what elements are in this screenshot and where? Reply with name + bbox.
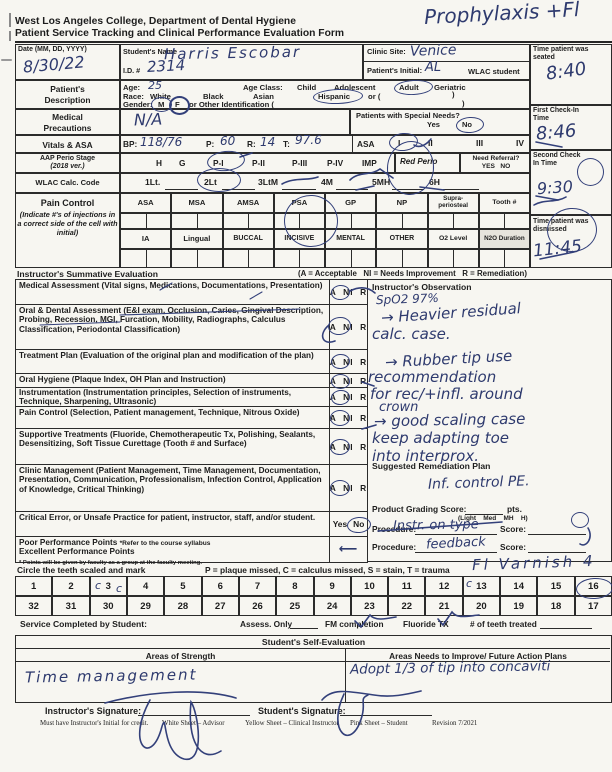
race-hispanic: Hispanic xyxy=(318,92,350,101)
instructor-signature-loops xyxy=(140,700,221,759)
red-perio-label: Red Perio xyxy=(400,157,437,166)
obs-hw-5: recommendation xyxy=(368,370,496,385)
tooth-cell: 18 xyxy=(537,596,574,616)
age-class-geriatric: Geriatric xyxy=(434,83,466,92)
score2-label: Score: xyxy=(500,542,526,552)
rating-text: A NI R xyxy=(330,357,367,367)
special-needs-yes: Yes xyxy=(427,120,440,129)
obs-hw-1: SpO2 97% xyxy=(376,292,439,306)
pain-label: Pain Control (Indicate #'s of injections… xyxy=(17,198,118,237)
calc-label: WLAC Calc. Code xyxy=(15,178,120,187)
tooth-cell: 26 xyxy=(239,596,276,616)
perio-p3: P-III xyxy=(292,158,307,168)
score1-label: Score: xyxy=(500,524,526,534)
perio-label: AAP Perio Stage (2018 ver.) xyxy=(15,155,120,172)
pain-mental: MENTAL xyxy=(325,229,376,249)
medical-label: Medical Precautions xyxy=(15,112,120,133)
pain-np: NP xyxy=(376,193,427,213)
perio-p4: P-IV xyxy=(327,158,343,168)
critical-no: No xyxy=(353,519,364,529)
teeth-hw-note: Fl Varnish 4 xyxy=(472,554,596,573)
p-value: 60 xyxy=(220,135,235,147)
footer-revision: Revision 7/2021 xyxy=(432,720,477,727)
pain-entry-cell xyxy=(479,213,530,229)
scanned-evaluation-form: { "header": { "line1": "West Los Angeles… xyxy=(0,0,612,772)
second-checkin-label: Second Check In Time xyxy=(533,152,588,168)
r-label: R: xyxy=(247,139,256,149)
pain-msa: MSA xyxy=(171,193,222,213)
calc-blank xyxy=(282,188,316,190)
tooth-cell: 28 xyxy=(164,596,201,616)
asa-label: ASA xyxy=(357,139,375,149)
handwritten-service-type: Prophylaxis +Fl xyxy=(424,0,580,27)
tooth-cell: 4 xyxy=(127,576,164,596)
asa-II: II xyxy=(428,138,433,148)
t-label: T: xyxy=(283,139,290,149)
clinic-site-value: Venice xyxy=(410,43,457,59)
form-title-line2: Patient Service Tracking and Clinical Pe… xyxy=(15,28,344,39)
tooth-cell: 1 xyxy=(15,576,52,596)
age-class-label: Age Class: xyxy=(243,83,283,92)
summative-row-critical: Critical Error, or Unsafe Practice for p… xyxy=(16,512,367,537)
grading-label: Product Grading Score: xyxy=(372,504,466,514)
summative-key: (A = Acceptable NI = Needs Improvement R… xyxy=(298,269,527,278)
calc-3ltm: 3LtM xyxy=(258,177,278,187)
age-value: 25 xyxy=(148,80,162,91)
points-line1b: *Refer to the course syllabus xyxy=(120,540,211,547)
rating-text: A NI R xyxy=(330,483,367,493)
tooth-cell: 27 xyxy=(202,596,239,616)
t-value: 97.6 xyxy=(295,134,322,146)
form-title-line1: West Los Angeles College, Department of … xyxy=(15,16,296,27)
summative-row-points: Poor Performance Points *Refer to the co… xyxy=(16,537,367,563)
tooth-cell: 31 xyxy=(52,596,89,616)
points-line2: Excellent Performance Points xyxy=(19,547,135,556)
wlac-student-label: WLAC student xyxy=(468,67,520,76)
service-teeth-blank xyxy=(540,627,592,629)
special-needs-label: Patients with Special Needs? xyxy=(356,111,460,120)
teeth-row-upper: 1 2 3 4 5 6 7 8 9 10 11 12 13 14 15 16 xyxy=(15,576,612,596)
age-label: Age: xyxy=(123,83,140,92)
summative-row: Clinic Management (Patient Management, T… xyxy=(16,465,367,512)
pain-n2o: N2O Duration xyxy=(479,229,530,249)
pain-psa: PSA xyxy=(274,193,325,213)
race-or: or ( xyxy=(368,92,380,101)
student-signature-label: Student's Signature: xyxy=(258,706,346,716)
teeth-key: P = plaque missed, C = calculus missed, … xyxy=(205,565,450,575)
pain-other: OTHER xyxy=(376,229,427,249)
scan-artifact xyxy=(9,31,11,41)
pain-entry-cell xyxy=(479,249,530,268)
pain-entry-row2 xyxy=(120,249,530,268)
pain-entry-cell xyxy=(120,213,171,229)
service-fm: FM completion xyxy=(325,619,384,629)
critical-yes: Yes xyxy=(333,519,347,529)
teeth-row-lower: 32 31 30 29 28 27 26 25 24 23 22 21 20 1… xyxy=(15,596,612,616)
tooth13-c-mark: c xyxy=(466,578,472,589)
pain-entry-cell xyxy=(325,249,376,268)
tooth3-c-mark: c xyxy=(95,580,101,591)
scan-artifact xyxy=(1,59,12,61)
tooth-cell: 17 xyxy=(575,596,612,616)
remediation-title: Suggested Remediation Plan xyxy=(372,461,490,471)
calc-blank xyxy=(443,188,479,190)
teeth-instruction: Circle the teeth scaled and mark xyxy=(17,565,145,575)
tooth-cell: 22 xyxy=(388,596,425,616)
obs-hw-9: keep adapting toe xyxy=(372,431,509,446)
improve-hw: Adopt 1/3 of tip into concaviti xyxy=(350,660,551,677)
summative-row: Medical Assessment (Vital signs, Medicat… xyxy=(16,280,367,305)
points-arrow-hw: ⟵ xyxy=(339,543,359,556)
referral-options: YES NO xyxy=(464,163,528,170)
pain-entry-cell xyxy=(428,213,479,229)
tooth-cell: 11 xyxy=(388,576,425,596)
id-label: I.D. # xyxy=(123,66,140,75)
p-label: P: xyxy=(206,139,214,149)
tooth-cell: 8 xyxy=(276,576,313,596)
service-label: Service Completed by Student: xyxy=(20,619,147,629)
vitals-label: Vitals & ASA xyxy=(15,140,120,150)
gender-m: M xyxy=(158,100,164,109)
asa-IV: IV xyxy=(516,138,524,148)
footer-yellow-sheet: Yellow Sheet – Clinical Instructor xyxy=(245,720,339,727)
summative-row: Supportive Treatments (Fluoride, Chemoth… xyxy=(16,429,367,465)
pain-entry-cell xyxy=(274,213,325,229)
perio-g: G xyxy=(179,158,185,168)
age-class-adult: Adult xyxy=(399,83,419,92)
tooth-cell: 15 xyxy=(537,576,574,596)
summative-row: Oral & Dental Assessment (E&I exam, Occl… xyxy=(16,305,367,350)
clinic-cell-divider xyxy=(364,61,529,62)
instructor-signature-line xyxy=(138,714,250,716)
id-value: 2314 xyxy=(147,58,186,75)
pain-header-row1: ASA MSA AMSA PSA GP NP Supra-periosteal … xyxy=(120,193,530,213)
summative-row: Treatment Plan (Evaluation of the origin… xyxy=(16,350,367,374)
age-class-child: Child xyxy=(297,83,316,92)
scan-artifact xyxy=(9,13,11,27)
pain-o2: O2 Level xyxy=(428,229,479,249)
calc-1lt: 1Lt. xyxy=(145,177,160,187)
first-checkin-value: 8:46 xyxy=(535,122,577,143)
calc-blank xyxy=(222,188,255,190)
strength-hw: Time management xyxy=(25,667,198,685)
tooth-cell: 9 xyxy=(314,576,351,596)
pain-ia: IA xyxy=(120,229,171,249)
score1-blank xyxy=(528,533,586,535)
calc-blank xyxy=(165,188,198,190)
pain-entry-cell xyxy=(376,213,427,229)
pain-entry-cell xyxy=(376,249,427,268)
tooth-cell: 25 xyxy=(276,596,313,616)
summative-row: Instrumentation (Instrumentation princip… xyxy=(16,388,367,407)
tooth-cell: 20 xyxy=(463,596,500,616)
pain-lingual: Lingual xyxy=(171,229,222,249)
points-line1: Poor Performance Points xyxy=(19,538,117,547)
patient-initial-label: Patient's Initial: xyxy=(367,66,422,75)
summative-table: Medical Assessment (Vital signs, Medicat… xyxy=(15,279,368,563)
perio-imp: IMP xyxy=(362,158,377,168)
pain-buccal: BUCCAL xyxy=(223,229,274,249)
tooth-cell: 6 xyxy=(202,576,239,596)
tooth-cell: 10 xyxy=(351,576,388,596)
tooth-cell: 19 xyxy=(500,596,537,616)
r-value: 14 xyxy=(260,136,275,148)
pain-tooth: Tooth # xyxy=(479,193,530,213)
tooth-cell: 5 xyxy=(164,576,201,596)
pain-gp: GP xyxy=(325,193,376,213)
obs-hw-8: → good scaling case xyxy=(374,412,526,430)
procedure2-hw: feedback xyxy=(426,535,486,551)
calc-blank xyxy=(392,188,424,190)
rating-text: A NI R xyxy=(330,442,367,452)
remediation-hw: Inf. control PE. xyxy=(428,474,530,492)
pain-entry-cell xyxy=(120,249,171,268)
gender-paren-close: ) xyxy=(462,99,465,108)
calc-6h: 6H xyxy=(429,177,440,187)
self-eval-title-rule xyxy=(16,648,610,649)
header-rule xyxy=(15,41,612,43)
perio-p1: P-I xyxy=(213,158,224,168)
pain-amsa: AMSA xyxy=(223,193,274,213)
rating-text: A NI R xyxy=(330,376,367,386)
tooth3-c-mark: c xyxy=(116,583,122,594)
pain-entry-cell xyxy=(171,249,222,268)
pain-entry-cell xyxy=(171,213,222,229)
pain-header-row2: IA Lingual BUCCAL INCISIVE MENTAL OTHER … xyxy=(120,229,530,249)
tooth-cell: 7 xyxy=(239,576,276,596)
summative-title: Instructor's Summative Evaluation xyxy=(17,269,158,279)
calc-2lt: 2Lt xyxy=(204,177,217,187)
referral-label: Need Referral? xyxy=(464,155,528,162)
perio-p2: P-II xyxy=(252,158,265,168)
rating-text: A NI R xyxy=(330,413,367,423)
self-eval-col1: Areas of Strength xyxy=(16,651,345,661)
tooth-cell: 24 xyxy=(314,596,351,616)
asa-I: I xyxy=(398,138,400,148)
pain-incisive: INCISIVE xyxy=(274,229,325,249)
tooth-cell: 2 xyxy=(52,576,89,596)
procedure2-label: Procedure: xyxy=(372,542,416,552)
clinic-site-label: Clinic Site: xyxy=(367,47,406,56)
tooth-cell: 32 xyxy=(15,596,52,616)
summative-row: Pain Control (Selection, Patient managem… xyxy=(16,407,367,429)
footer-note: Must have Instructor's Initial for credi… xyxy=(40,720,148,727)
gender-other: or Other Identification ( xyxy=(189,100,274,109)
instructor-signature-label: Instructor's Signature: xyxy=(45,706,141,716)
procedure1-hw: Instr. on type xyxy=(393,518,479,532)
service-assess-blank xyxy=(290,627,318,629)
pain-entry-cell xyxy=(325,213,376,229)
dismissed-label: Time patient was dismissed xyxy=(533,218,593,234)
service-teeth-treated: # of teeth treated xyxy=(470,619,537,629)
summative-row: Oral Hygiene (Plaque Index, OH Plan and … xyxy=(16,374,367,388)
tooth-cell: 21 xyxy=(425,596,462,616)
rating-text: A NI R xyxy=(330,392,367,402)
pain-supra: Supra-periosteal xyxy=(428,193,479,213)
gender-f: F xyxy=(175,100,180,109)
calc-5mh: 5MH xyxy=(372,177,390,187)
pain-entry-cell xyxy=(274,249,325,268)
asa-divider xyxy=(352,136,353,152)
patient-desc-label: Patient's Description xyxy=(15,84,120,105)
tooth-cell: 29 xyxy=(127,596,164,616)
service-fluoride: Fluoride TX xyxy=(403,619,449,629)
tooth-cell: 30 xyxy=(90,596,127,616)
bp-label: BP: xyxy=(123,139,137,149)
calc-4m: 4M xyxy=(321,177,333,187)
age-class-adolescent: Adolescent xyxy=(334,83,375,92)
medical-value: N/A xyxy=(134,112,163,129)
pain-entry-cell xyxy=(428,249,479,268)
pain-asa: ASA xyxy=(120,193,171,213)
rating-text: A NI R xyxy=(330,322,367,332)
obs-hw-3: calc. case. xyxy=(372,327,451,342)
tooth-cell: 12 xyxy=(425,576,462,596)
calc-blank xyxy=(336,188,368,190)
rating-text: A NI R xyxy=(330,287,367,297)
service-assess: Assess. Only xyxy=(240,619,292,629)
self-eval-title: Student's Self-Evaluation xyxy=(15,637,612,647)
asa-III: III xyxy=(476,138,483,148)
bp-value: 118/76 xyxy=(140,136,182,148)
perio-h: H xyxy=(156,158,162,168)
patient-initial-value: AL xyxy=(425,61,441,74)
tooth-cell: 16 xyxy=(575,576,612,596)
tooth-cell: 23 xyxy=(351,596,388,616)
pain-entry-row1 xyxy=(120,213,530,229)
pain-entry-cell xyxy=(223,249,274,268)
tooth-cell: 14 xyxy=(500,576,537,596)
footer-white-sheet: White Sheet – Advisor xyxy=(162,720,225,727)
second-checkin-value: 9:30 xyxy=(536,179,573,197)
student-signature-line xyxy=(340,714,432,716)
footer-pink-sheet: Pink Sheet – Student xyxy=(350,720,408,727)
gender-label: Gender: xyxy=(123,100,152,109)
race-paren-close: ) xyxy=(452,90,455,99)
grading-pts: pts. xyxy=(507,504,522,514)
special-needs-no: No xyxy=(462,120,472,129)
pain-entry-cell xyxy=(223,213,274,229)
